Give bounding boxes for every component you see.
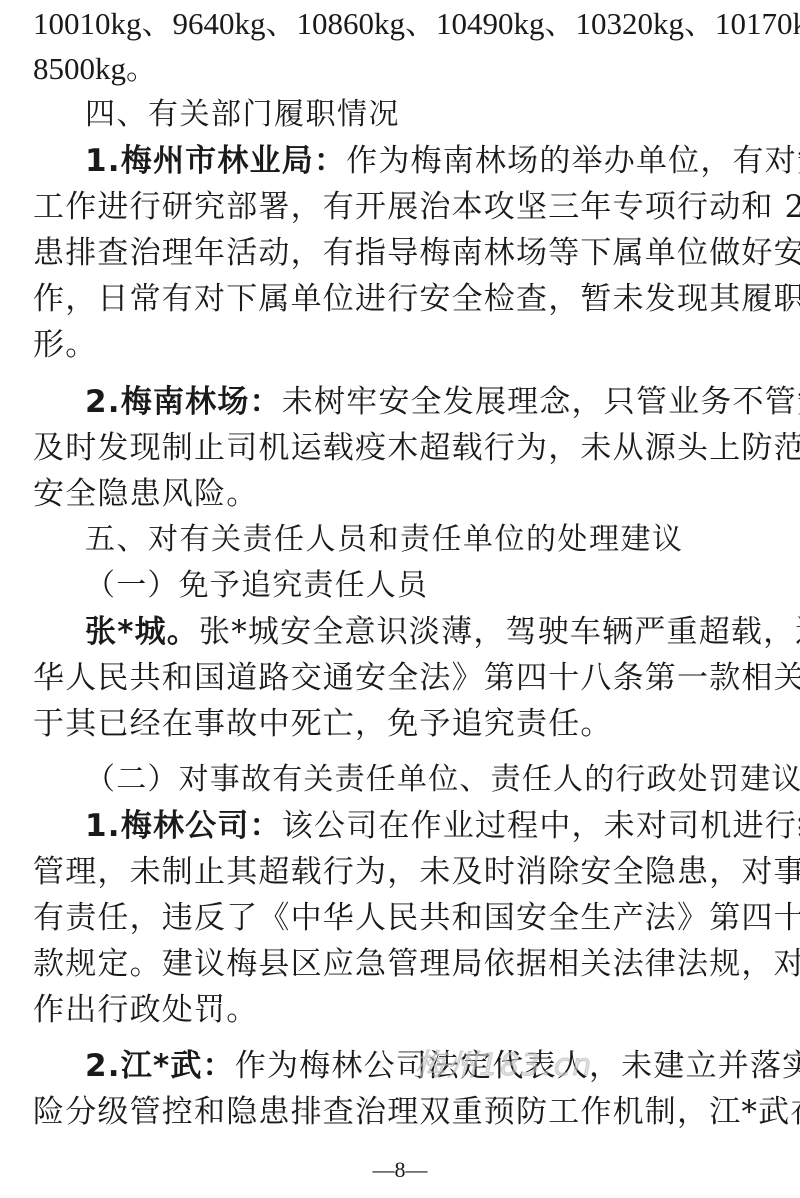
jiang-text: 作为梅林公司法定代表人，未建立并落实安全风 (235, 1048, 800, 1084)
jiang-label: 2.江*武： (85, 1048, 235, 1084)
paragraph-zhang-line-3: 于其已经在事故中死亡，免予追究责任。 (33, 704, 767, 744)
paragraph-meilin-company-line-1: 1.梅林公司：该公司在作业过程中，未对司机进行统一协调、 (85, 806, 767, 846)
document-page: 10010kg、9640kg、10860kg、10490kg、10320kg、1… (0, 0, 800, 1198)
paragraph-meinan-farm-line-2: 及时发现制止司机运载疫木超载行为，未从源头上防范化解重大 (33, 428, 767, 468)
paragraph-forestry-bureau-line-4: 作，日常有对下属单位进行安全检查，暂未发现其履职不到位情 (33, 279, 767, 319)
section-heading-5-text: 五、对有关责任人员和责任单位的处理建议 (85, 522, 684, 557)
paragraph-meilin-company-line-2: 管理，未制止其超载行为，未及时消除安全隐患，对事故发生负 (33, 852, 767, 892)
meinan-farm-label: 2.梅南林场： (85, 384, 282, 420)
zhang-label: 张*城。 (85, 614, 199, 650)
paragraph-text: 安全隐患风险。 (33, 476, 258, 512)
paragraph-text: 险分级管控和隐患排查治理双重预防工作机制，江*武在定期现 (33, 1094, 800, 1130)
paragraph-forestry-bureau-line-1: 1.梅州市林业局：作为梅南林场的举办单位，有对安全生产 (85, 141, 767, 181)
meilin-company-text: 该公司在作业过程中，未对司机进行统一协调、 (282, 808, 800, 844)
paragraph-forestry-bureau-line-3: 患排查治理年活动，有指导梅南林场等下属单位做好安全监管工 (33, 233, 767, 273)
paragraph-text: 华人民共和国道路交通安全法》第四十八条第一款相关规定，鉴 (33, 660, 800, 696)
paragraph-text: 工作进行研究部署，有开展治本攻坚三年专项行动和 2025 年隐 (33, 189, 800, 225)
paragraph-meinan-farm-line-3: 安全隐患风险。 (33, 474, 767, 514)
paragraph-text: 及时发现制止司机运载疫木超载行为，未从源头上防范化解重大 (33, 430, 800, 466)
weight-list-line: 10010kg、9640kg、10860kg、10490kg、10320kg、1… (33, 4, 767, 44)
meinan-farm-text: 未树牢安全发展理念，只管业务不管安全，未 (282, 384, 800, 420)
section-heading-5: 五、对有关责任人员和责任单位的处理建议 (85, 520, 767, 560)
paragraph-meinan-farm-line-1: 2.梅南林场：未树牢安全发展理念，只管业务不管安全，未 (85, 382, 767, 422)
paragraph-zhang-line-2: 华人民共和国道路交通安全法》第四十八条第一款相关规定，鉴 (33, 658, 767, 698)
section-heading-4: 四、有关部门履职情况 (85, 95, 767, 135)
section-heading-4-text: 四、有关部门履职情况 (85, 97, 400, 132)
subsection-heading-1-text: （一）免予追究责任人员 (85, 568, 428, 603)
subsection-heading-2: （二）对事故有关责任单位、责任人的行政处罚建议 (85, 760, 767, 800)
paragraph-text: 款规定。建议梅县区应急管理局依据相关法律法规，对梅林公司 (33, 946, 800, 982)
weight-list-end-line: 8500kg。 (33, 49, 767, 89)
subsection-heading-2-text: （二）对事故有关责任单位、责任人的行政处罚建议 (85, 762, 800, 797)
paragraph-text: 管理，未制止其超载行为，未及时消除安全隐患，对事故发生负 (33, 854, 800, 890)
weight-list-text: 10010kg、9640kg、10860kg、10490kg、10320kg、1… (33, 6, 800, 41)
paragraph-forestry-bureau-line-5: 形。 (33, 325, 767, 365)
paragraph-meilin-company-line-5: 作出行政处罚。 (33, 990, 767, 1030)
paragraph-text: 有责任，违反了《中华人民共和国安全生产法》第四十九条第二 (33, 900, 800, 936)
paragraph-text: 于其已经在事故中死亡，免予追究责任。 (33, 706, 613, 742)
meilin-company-label: 1.梅林公司： (85, 808, 282, 844)
weight-list-end-text: 8500kg。 (33, 51, 157, 86)
paragraph-text: 作出行政处罚。 (33, 992, 258, 1028)
paragraph-meilin-company-line-4: 款规定。建议梅县区应急管理局依据相关法律法规，对梅林公司 (33, 944, 767, 984)
subsection-heading-1: （一）免予追究责任人员 (85, 566, 767, 606)
paragraph-jiang-line-2: 险分级管控和隐患排查治理双重预防工作机制，江*武在定期现 (33, 1092, 767, 1132)
forestry-bureau-text: 作为梅南林场的举办单位，有对安全生产 (346, 143, 800, 179)
forestry-bureau-label: 1.梅州市林业局： (85, 143, 346, 179)
paragraph-text: 作，日常有对下属单位进行安全检查，暂未发现其履职不到位情 (33, 281, 800, 317)
zhang-text: 张*城安全意识淡薄，驾驶车辆严重超载，违反了《中 (199, 614, 800, 650)
paragraph-meilin-company-line-3: 有责任，违反了《中华人民共和国安全生产法》第四十九条第二 (33, 898, 767, 938)
paragraph-zhang-line-1: 张*城。张*城安全意识淡薄，驾驶车辆严重超载，违反了《中 (85, 612, 767, 652)
paragraph-forestry-bureau-line-2: 工作进行研究部署，有开展治本攻坚三年专项行动和 2025 年隐 (33, 187, 767, 227)
page-number: —8— (0, 1156, 800, 1184)
paragraph-text: 形。 (33, 327, 97, 363)
paragraph-jiang-line-1: 2.江*武：作为梅林公司法定代表人，未建立并落实安全风 (85, 1046, 767, 1086)
paragraph-text: 患排查治理年活动，有指导梅南林场等下属单位做好安全监管工 (33, 235, 800, 271)
